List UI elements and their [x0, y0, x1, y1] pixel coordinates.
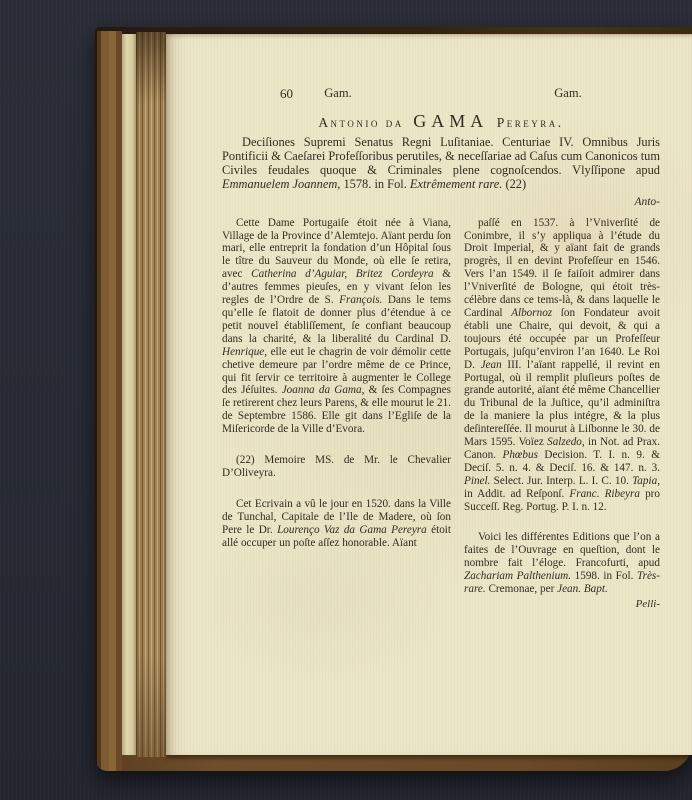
paragraph-joanna-biography: Cette Dame Portugaiſe étoit née à Viana,…: [222, 217, 451, 436]
page-fore-edges: [136, 32, 166, 757]
entry-title-prefix: Antonio da: [318, 115, 403, 130]
entry-title-surname: Gama: [404, 111, 497, 131]
running-head-right: Gam.: [528, 86, 608, 101]
paragraph-gama-birth: Cet Ecrivain a vû le jour en 1520. dans …: [222, 498, 451, 550]
book-board-top-edge: [95, 27, 692, 34]
running-head: 60 Gam. Gam.: [222, 86, 660, 104]
paragraph-editions: Voici les différentes Editions que l’on …: [464, 531, 660, 596]
right-column: paſſé en 1537. à l’Vniverſité de Conimbr…: [464, 217, 660, 610]
paragraph-gama-career: paſſé en 1537. à l’Vniverſité de Conimbr…: [464, 217, 660, 514]
running-head-left: Gam.: [298, 86, 378, 101]
page-edge-sliver: [122, 34, 136, 755]
left-column: Cette Dame Portugaiſe étoit née à Viana,…: [222, 217, 451, 610]
catchword-top: Anto-: [222, 196, 660, 208]
entry-title: Antonio da Gama Pereyra.: [222, 111, 660, 132]
book-spine: [95, 31, 122, 771]
book-page: 60 Gam. Gam. Antonio da Gama Pereyra. De…: [166, 34, 692, 755]
bibliographic-entry: Deciſiones Supremi Senatus Regni Luſitan…: [222, 136, 660, 192]
entry-title-suffix: Pereyra.: [497, 115, 564, 130]
photo-backdrop: 60 Gam. Gam. Antonio da Gama Pereyra. De…: [0, 0, 692, 800]
two-column-text: Cette Dame Portugaiſe étoit née à Viana,…: [222, 217, 660, 610]
book: 60 Gam. Gam. Antonio da Gama Pereyra. De…: [95, 27, 692, 771]
catchword-bottom: Pelli-: [464, 598, 660, 610]
footnote-memoire: (22) Memoire MS. de Mr. le Chevalier D’O…: [222, 454, 451, 480]
text-block: 60 Gam. Gam. Antonio da Gama Pereyra. De…: [222, 86, 660, 610]
folio-number: 60: [280, 86, 293, 102]
